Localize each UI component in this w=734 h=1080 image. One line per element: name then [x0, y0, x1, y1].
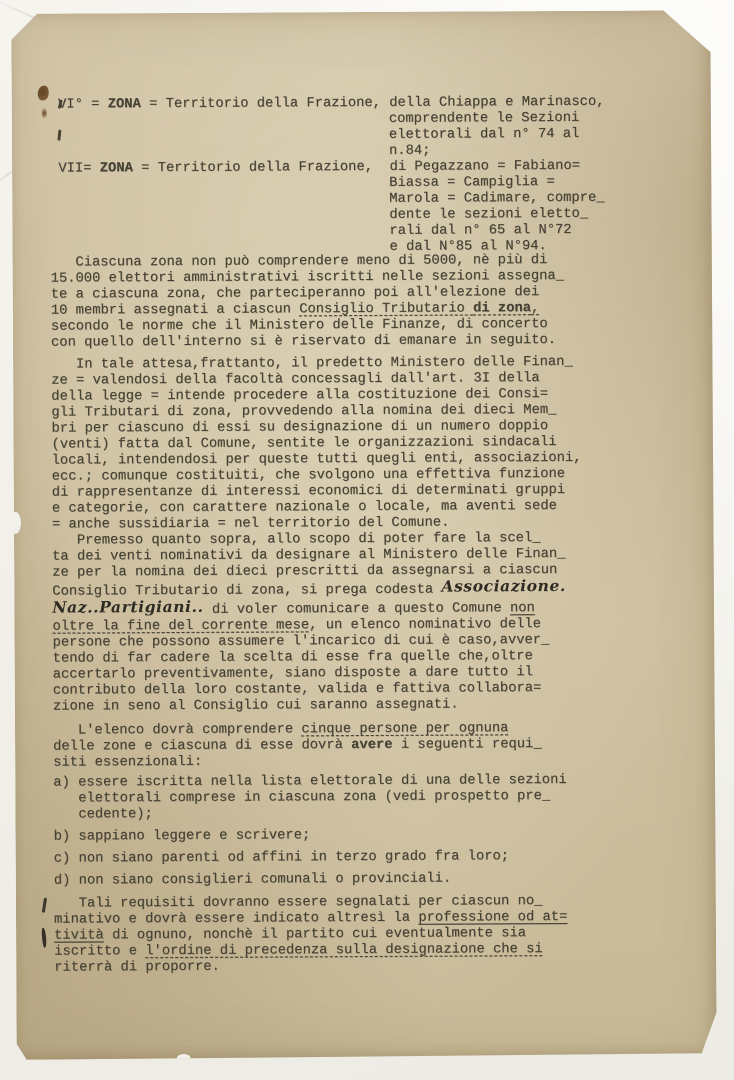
typewritten-text: n.84;	[389, 144, 430, 159]
typewritten-text	[50, 234, 389, 236]
typewritten-text: = Territorio della Frazione,	[133, 160, 390, 176]
list-item-a: a) essere iscritta nella lista elettoral…	[53, 772, 683, 823]
typewritten-text: rali dal n° 65 al N°72	[389, 223, 571, 239]
typewritten-text: (venti) fatta dal Comune, sentite le org…	[51, 435, 556, 453]
zone-definitions: VI° = ZONA = Territorio della Frazione, …	[50, 94, 681, 257]
typewritten-text: iscritto e	[54, 944, 145, 959]
typewritten-text: Biassa = Campiglia =	[389, 175, 555, 191]
paper-edge-chip	[10, 512, 21, 534]
text-line: siti essenzionali:	[53, 752, 683, 771]
text-line: cedente);	[53, 804, 683, 823]
text-line: c) non siano parenti od affini in terzo …	[54, 848, 684, 867]
typewritten-text: persone che possono assumere l'incarico …	[53, 633, 550, 651]
typewritten-text: cinque persone per ognuna	[301, 721, 508, 737]
typewritten-text: riterrà di proporre.	[54, 960, 220, 976]
typewritten-text: ,	[531, 301, 539, 316]
typewritten-text: L'elenco dovrà comprendere	[53, 722, 301, 738]
typewritten-text: ZONA	[100, 161, 133, 176]
text-line: b) sappiano leggere e scrivere;	[54, 826, 684, 845]
paper-edge-nick	[177, 1054, 191, 1063]
typewritten-text: delle zone e ciascuna di esse dovrà	[53, 738, 351, 755]
typewritten-text: con quello dell'interno si è riservato d…	[51, 333, 556, 351]
ink-stain	[38, 86, 49, 101]
typewritten-text: = Territorio della Frazione,	[141, 96, 389, 112]
typewritten-text: comprendente le Sezioni	[389, 111, 580, 127]
typewritten-text: Consiglio Tributario	[299, 301, 473, 317]
typewritten-text: professione od at=	[418, 910, 567, 926]
typewritten-text: , un elenco nominativo delle	[309, 617, 541, 633]
document-text: VI° = ZONA = Territorio della Frazione, …	[50, 94, 685, 976]
typewritten-text: Tali requisiti dovranno essere segnalati…	[54, 894, 543, 912]
typewritten-text	[50, 186, 389, 188]
typewritten-text: b) sappiano leggere e scrivere;	[54, 828, 311, 844]
typewritten-text: c) non siano parenti od affini in terzo …	[54, 849, 509, 866]
typewritten-text: cedente);	[53, 807, 152, 823]
paragraph-zone-rules: Ciascuna zona non può comprendere meno d…	[51, 252, 681, 351]
handwritten-text: Naz..Partigiani..	[52, 597, 203, 617]
typewritten-text: elettorali comprese in ciascuna zona (ve…	[53, 789, 550, 807]
typewritten-text: zione in seno al Consiglio cui saranno a…	[53, 698, 459, 715]
handwritten-text: Associazione.	[441, 576, 566, 596]
typewritten-text	[51, 250, 390, 252]
typewritten-text: e categorie, con carattere nazionale o l…	[52, 499, 557, 517]
typewritten-text: contributo della loro costante, valida e…	[53, 681, 542, 699]
typewritten-text: d) non siano consiglieri comunali o prov…	[54, 872, 451, 889]
typewritten-text	[50, 154, 389, 156]
typewritten-text: bri per ciascuno di essi su designazione…	[51, 419, 548, 437]
typewritten-text	[50, 138, 389, 140]
typewritten-text: Marola = Cadimare, compre_	[389, 191, 604, 207]
typewritten-text: avere	[351, 738, 392, 753]
margin-pen-mark	[41, 928, 46, 948]
typewritten-text: VII=	[50, 161, 100, 176]
text-line: zione in seno al Consiglio cui saranno a…	[53, 696, 683, 715]
typewritten-text: l'ordine di precedenza sulla designazion…	[145, 942, 542, 959]
typewritten-text: Ciascuna zona non può comprendere meno d…	[51, 253, 548, 271]
typewritten-text: di rappresentanze di interessi economici…	[52, 483, 565, 501]
paragraph-ministero: In tale attesa,frattanto, il predetto Mi…	[51, 354, 682, 533]
text-line: d) non siano consiglieri comunali o prov…	[54, 870, 684, 889]
typewritten-text: elettorali dal n° 74 al	[389, 127, 580, 143]
typewritten-text	[50, 218, 389, 220]
ink-stain	[42, 108, 47, 119]
typewritten-text: minativo e dovrà essere indicato altresì…	[54, 911, 418, 928]
typewritten-text: accertarlo preventivamente, siano dispos…	[53, 665, 533, 683]
typewritten-text	[50, 202, 389, 204]
typewritten-text: tendo di far cadere la scelta di esse fr…	[53, 649, 533, 667]
text-line: VI° = ZONA = Territorio della Frazione, …	[50, 94, 680, 113]
typewritten-text: te a ciascuna zona, che parteciperanno p…	[51, 285, 540, 303]
typewritten-text: a) essere iscritta nella lista elettoral…	[53, 773, 566, 791]
typewritten-text: 15.000 elettori amministrativi iscritti …	[51, 269, 564, 287]
typewritten-text: siti essenzionali:	[53, 755, 202, 771]
margin-pen-mark	[42, 898, 47, 913]
typewritten-text: di Pegazzano = Fabiano=	[390, 159, 581, 175]
scanned-document-page: { "page": { "background_color": "#f2f0ea…	[0, 0, 734, 1080]
text-line: riterrà di proporre.	[54, 957, 684, 976]
list-item-d: d) non siano consiglieri comunali o prov…	[54, 870, 684, 889]
typewritten-text: gli Tributari di zona, provvedendo alla …	[51, 403, 556, 421]
paper-sheet: VI° = ZONA = Territorio della Frazione, …	[11, 10, 716, 1060]
typewritten-text	[50, 122, 389, 124]
text-line: dente le sezioni eletto_	[50, 206, 680, 225]
typewritten-text: ZONA	[108, 97, 141, 112]
list-item-b: b) sappiano leggere e scrivere;	[54, 826, 684, 845]
typewritten-text: locali, intendendosi per queste tutti qu…	[52, 451, 582, 469]
paragraph-richiesta: Premesso quanto sopra, allo scopo di pot…	[52, 530, 683, 715]
typewritten-text: di ognuno, nonchè il partito cui eventua…	[104, 926, 526, 943]
text-line: con quello dell'interno si è riservato d…	[51, 332, 681, 351]
typewritten-text: i seguenti requi_	[393, 737, 542, 753]
typewritten-text: dente le sezioni eletto_	[389, 207, 588, 223]
paragraph-elenco: L'elenco dovrà comprendere cinque person…	[53, 720, 683, 771]
typewritten-text: 10 membri assegnati a ciascun	[51, 302, 299, 318]
typewritten-text: di zona	[473, 301, 531, 316]
paragraph-requisiti: Tali requisiti dovranno essere segnalati…	[54, 893, 684, 976]
typewritten-text: ta dei venti nominativi da designare al …	[52, 547, 565, 565]
typewritten-text: In tale attesa,frattanto, il predetto Mi…	[51, 355, 573, 373]
list-item-c: c) non siano parenti od affini in terzo …	[54, 848, 684, 867]
typewritten-text: della Chiappa e Marinasco,	[389, 95, 604, 111]
typewritten-text: tività	[54, 928, 104, 943]
typewritten-text: secondo le norme che il Ministero delle …	[51, 317, 548, 335]
typewritten-text: della legge = intende procedere alla cos…	[51, 387, 548, 405]
typewritten-text: = anche sussidiaria = nel territorio del…	[52, 516, 449, 533]
typewritten-text: oltre la fine del corrente mese	[52, 618, 309, 634]
typewritten-text: di voler comunicare a questo Comune	[204, 601, 510, 618]
typewritten-text: Premesso quanto sopra, allo scopo di pot…	[52, 531, 541, 549]
typewritten-text: VI° =	[50, 97, 108, 112]
typewritten-text: ecc.; comunque costituiti, che svolgono …	[52, 467, 565, 485]
typewritten-text: ze = valendosi della facoltà concessagli…	[51, 371, 540, 389]
typewritten-text: non	[510, 601, 535, 616]
